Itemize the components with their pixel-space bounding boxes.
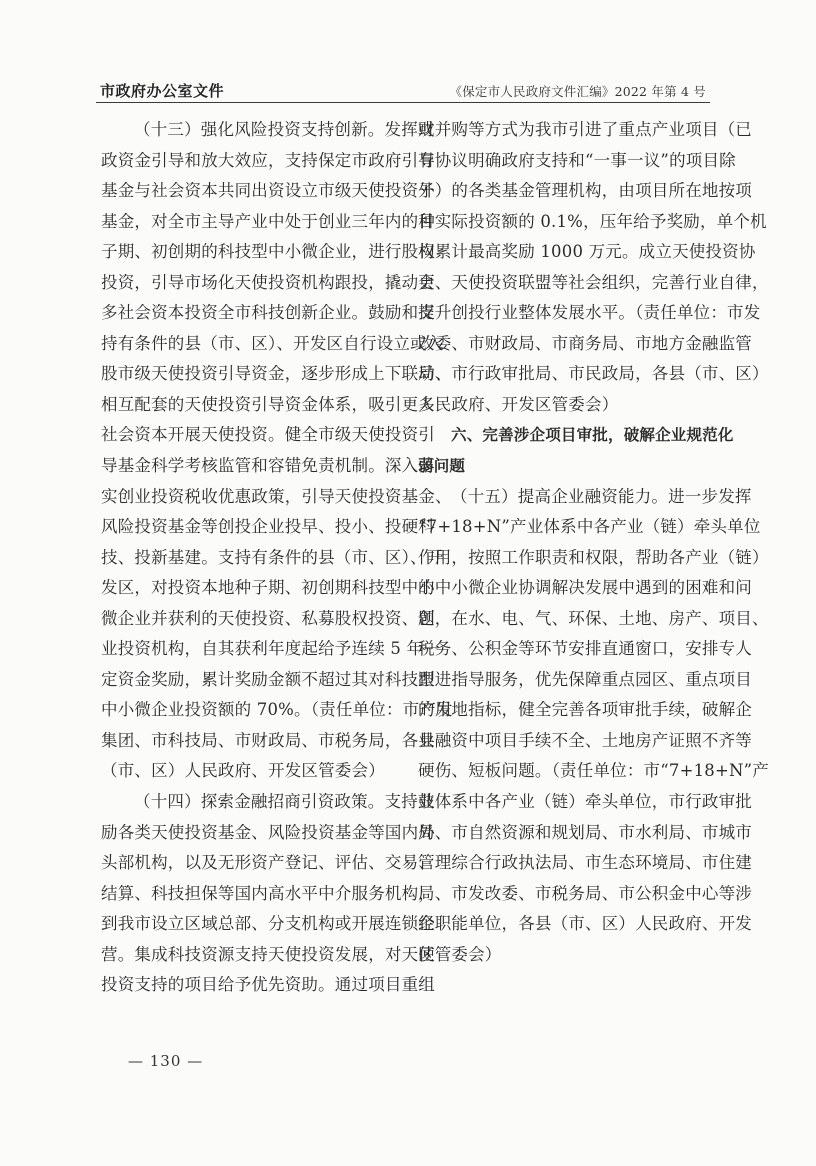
text-line: 的用地指标，健全完善各项审批手续，破解企 (418, 695, 710, 726)
text-line: 股市级天使投资引导资金，逐步形成上下联动、 (101, 359, 393, 390)
page-number: — 130 — (128, 1052, 203, 1070)
text-line: 中小微企业投资额的 70%。（责任单位：市产发 (101, 695, 393, 726)
text-line: 有协议明确政府支持和“一事一议”的项目除 (418, 146, 710, 177)
text-line: 或并购等方式为我市引进了重点产业项目（已 (418, 115, 710, 146)
text-line: “7+18+N”产业体系中各产业（链）牵头单位 (418, 512, 710, 543)
text-line: 构累计最高奖励 1000 万元。成立天使投资协 (418, 237, 710, 268)
text-line: 投资，引导市场化天使投资机构跟投，撬动更 (101, 268, 393, 299)
section-13-heading-line: （十三）强化风险投资支持创新。发挥财 (101, 115, 393, 146)
text-line: 结算、科技担保等国内高水平中介服务机构， (101, 879, 393, 910)
text-line: 基金，对全市主导产业中处于创业三年内的种 (101, 207, 393, 238)
text-line: 业融资中项目手续不全、土地房产证照不齐等 (418, 726, 710, 757)
text-line: 提升创投行业整体发展水平。（责任单位：市发 (418, 298, 710, 329)
text-line: 外）的各类基金管理机构，由项目所在地按项 (418, 176, 710, 207)
text-line: 微企业并获利的天使投资、私募股权投资、创 (101, 604, 393, 635)
text-line: 实创业投资税收优惠政策，引导天使投资基金、 (101, 482, 393, 513)
text-line: 人民政府、开发区管委会） (418, 390, 710, 421)
text-line: 励各类天使投资基金、风险投资基金等国内外 (101, 818, 393, 849)
text-line: 业体系中各产业（链）牵头单位，市行政审批 (418, 787, 710, 818)
section-15-heading-line: （十五）提高企业融资能力。进一步发挥 (418, 482, 710, 513)
right-column: 或并购等方式为我市引进了重点产业项目（已 有协议明确政府支持和“一事一议”的项目… (418, 115, 710, 970)
text-line: 题，在水、电、气、环保、土地、房产、项目、 (418, 604, 710, 635)
section-14-heading-line: （十四）探索金融招商引资政策。支持鼓 (101, 787, 393, 818)
text-line: 的中小微企业协调解决发展中遇到的困难和问 (418, 573, 710, 604)
text-line: 相互配套的天使投资引导资金体系，吸引更多 (101, 390, 393, 421)
left-column: （十三）强化风险投资支持创新。发挥财 政资金引导和放大效应，支持保定市政府引导 … (101, 115, 393, 1001)
page-header: 市政府办公室文件 《保定市人民政府文件汇编》2022 年第 4 号 (96, 80, 710, 103)
text-line: 到我市设立区域总部、分支机构或开展连锁经 (101, 909, 393, 940)
text-line: 风险投资基金等创投企业投早、投小、投硬科 (101, 512, 393, 543)
text-line: 会、天使投资联盟等社会组织，完善行业自律， (418, 268, 710, 299)
text-line: 投资支持的项目给予优先资助。通过项目重组 (101, 970, 393, 1001)
text-line: 导基金科学考核监管和容错免责机制。深入落 (101, 451, 393, 482)
text-line: 业投资机构，自其获利年度起给予连续 5 年一 (101, 634, 393, 665)
text-line: 局、市行政审批局、市民政局，各县（市、区） (418, 359, 710, 390)
publication-title: 《保定市人民政府文件汇编》2022 年第 4 号 (450, 82, 707, 100)
text-line: 发区，对投资本地种子期、初创期科技型中小 (101, 573, 393, 604)
text-line: 营。集成科技资源支持天使投资发展，对天使 (101, 940, 393, 971)
text-line: 企职能单位，各县（市、区）人民政府、开发 (418, 909, 710, 940)
text-line: 集团、市科技局、市财政局、市税务局，各县 (101, 726, 393, 757)
document-category: 市政府办公室文件 (100, 80, 224, 101)
text-line: 持有条件的县（市、区）、开发区自行设立或入 (101, 329, 393, 360)
text-line: 改委、市财政局、市商务局、市地方金融监管 (418, 329, 710, 360)
text-line: 技、投新基建。支持有条件的县（市、区）、开 (101, 543, 393, 574)
text-line: 目实际投资额的 0.1%，压年给予奖励，单个机 (418, 207, 710, 238)
text-line: 子期、初创期的科技型中小微企业，进行股权 (101, 237, 393, 268)
text-line: 社会资本开展天使投资。健全市级天使投资引 (101, 420, 393, 451)
text-line: 政资金引导和放大效应，支持保定市政府引导 (101, 146, 393, 177)
text-line: 头部机构，以及无形资产登记、评估、交易、 (101, 848, 393, 879)
text-line: 定资金奖励，累计奖励金额不超过其对科技型 (101, 665, 393, 696)
text-line: 局、市自然资源和规划局、市水利局、市城市 (418, 818, 710, 849)
text-line: 基金与社会资本共同出资设立市级天使投资子 (101, 176, 393, 207)
text-line: 跟进指导服务，优先保障重点园区、重点项目 (418, 665, 710, 696)
text-line: 局、市发改委、市税务局、市公积金中心等涉 (418, 879, 710, 910)
text-line: （市、区）人民政府、开发区管委会） (101, 756, 393, 787)
text-line: 作用，按照工作职责和权限，帮助各产业（链） (418, 543, 710, 574)
text-line: 税务、公积金等环节安排直通窗口，安排专人 (418, 634, 710, 665)
chapter-6-heading-cont: 弱问题 (418, 451, 710, 482)
text-line: 硬伤、短板问题。（责任单位：市“7+18+N”产 (418, 756, 710, 787)
text-line: 多社会资本投资全市科技创新企业。鼓励和支 (101, 298, 393, 329)
chapter-6-heading: 六、完善涉企项目审批，破解企业规范化 (418, 420, 710, 451)
text-line: 管理综合行政执法局、市生态环境局、市住建 (418, 848, 710, 879)
text-line: 区管委会） (418, 940, 710, 971)
